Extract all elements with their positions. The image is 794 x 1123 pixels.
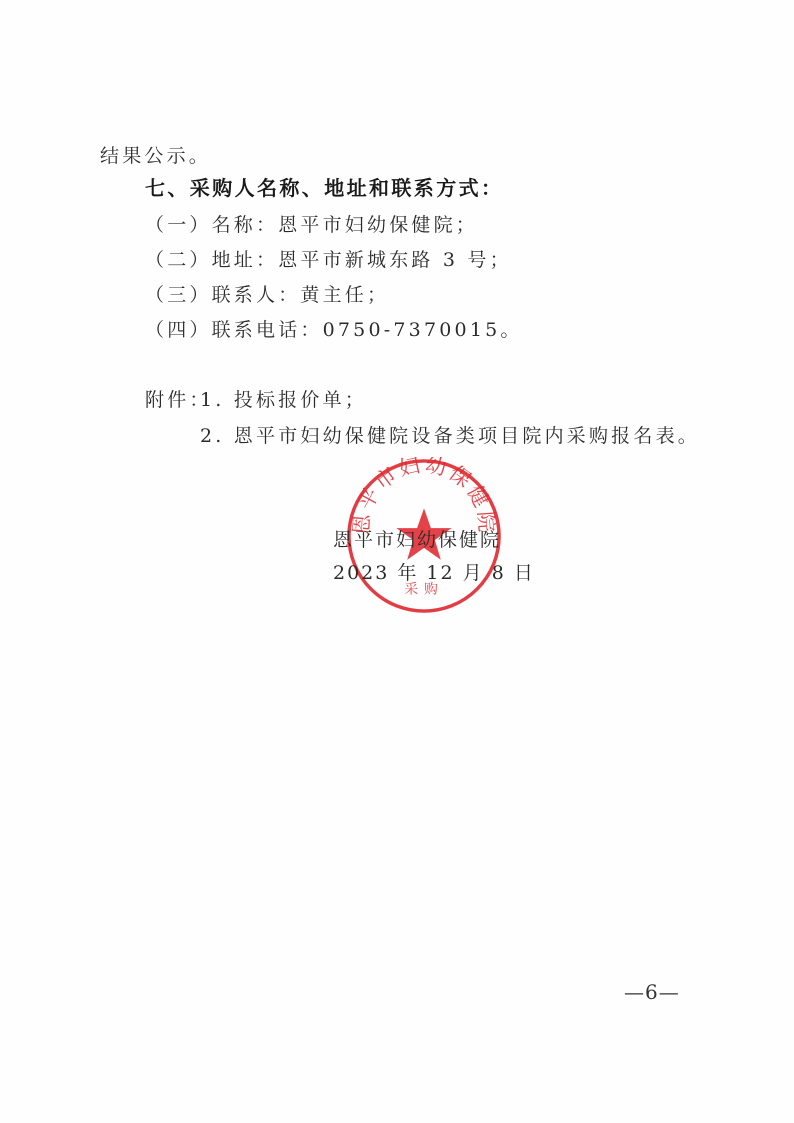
result-announcement-text: 结果公示。 <box>100 144 211 168</box>
section-heading: 七、采购人名称、地址和联系方式： <box>145 176 503 200</box>
contact-item-phone: （四）联系电话：0750-7370015。 <box>145 318 523 342</box>
attachment-item-2: 2. 恩平市妇幼保健院设备类项目院内采购报名表。 <box>200 424 700 448</box>
attachment-item-1: 1. 投标报价单； <box>200 388 367 412</box>
contact-item-name: （一）名称：恩平市妇幼保健院； <box>145 213 478 237</box>
page-number: —6— <box>624 980 680 1004</box>
contact-item-person: （三）联系人：黄主任； <box>145 283 389 307</box>
signature-organization: 恩平市妇幼保健院 <box>333 528 501 552</box>
signature-date: 2023 年 12 月 8 日 <box>333 561 535 585</box>
contact-item-address: （二）地址：恩平市新城东路 3 号； <box>145 248 512 272</box>
document-page: 结果公示。 七、采购人名称、地址和联系方式： （一）名称：恩平市妇幼保健院； （… <box>0 0 794 1123</box>
